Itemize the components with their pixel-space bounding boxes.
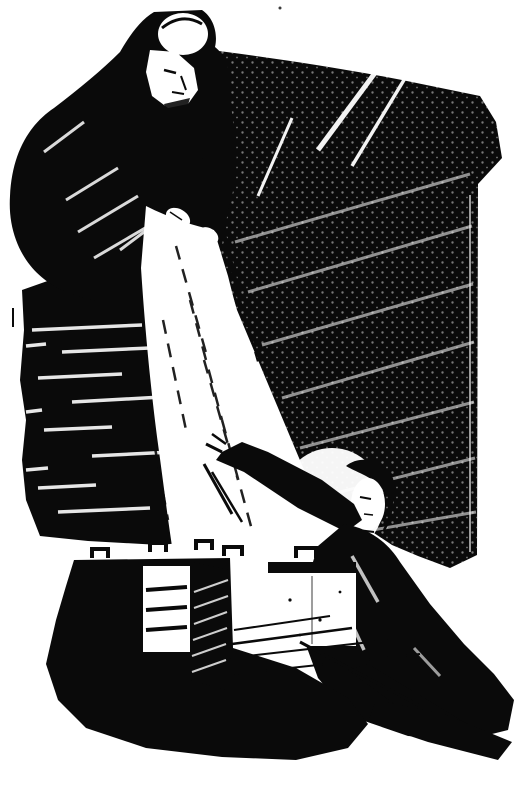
illustration-svg: Ink book illustration: a man standing on… bbox=[0, 0, 531, 800]
crate-top-band bbox=[268, 562, 356, 573]
stray-ink-dot bbox=[279, 7, 282, 10]
illustration-canvas: Ink book illustration: a man standing on… bbox=[0, 0, 531, 800]
